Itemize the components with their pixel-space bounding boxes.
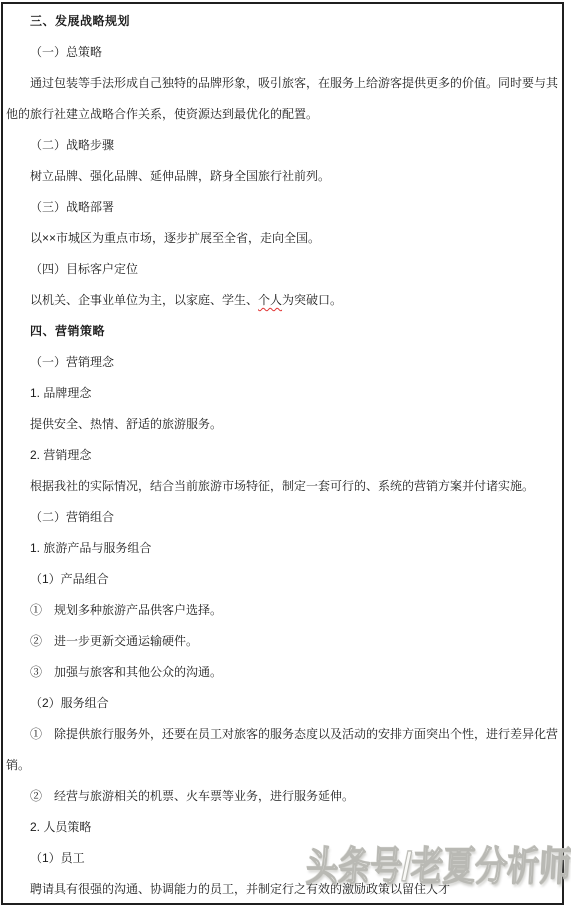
document-body: 三、发展战略规划（一）总策略通过包装等手法形成自己独特的品牌形象，吸引旅客，在服… [6,6,560,905]
paragraph: （一）总策略 [6,37,560,68]
section-heading: 四、营销策略 [6,316,560,347]
paragraph: 以××市城区为重点市场，逐步扩展至全省，走向全国。 [6,223,560,254]
spellcheck-misspelled-word: 个人 [258,293,282,307]
paragraph: 树立品牌、强化品牌、延伸品牌，跻身全国旅行社前列。 [6,161,560,192]
paragraph: 提供安全、热情、舒适的旅游服务。 [6,409,560,440]
section-heading: 三、发展战略规划 [6,6,560,37]
paragraph: 1. 品牌理念 [6,378,560,409]
paragraph: 1. 旅游产品与服务组合 [6,533,560,564]
paragraph: （2）服务组合 [6,688,560,719]
paragraph: （二）战略步骤 [6,130,560,161]
paragraph: ③ 加强与旅客和其他公众的沟通。 [6,657,560,688]
paragraph: （1）员工 [6,843,560,874]
paragraph: 根据我社的实际情况，结合当前旅游市场特征，制定一套可行的、系统的营销方案并付诸实… [6,471,560,502]
paragraph: ② 经营与旅游相关的机票、火车票等业务，进行服务延伸。 [6,781,560,812]
paragraph: （三）战略部署 [6,192,560,223]
paragraph: 以机关、企事业单位为主，以家庭、学生、个人为突破口。 [6,285,560,316]
paragraph: （1）产品组合 [6,564,560,595]
paragraph: ① 规划多种旅游产品供客户选择。 [6,595,560,626]
paragraph: （四）目标客户定位 [6,254,560,285]
paragraph: ① 除提供旅行服务外，还要在员工对旅客的服务态度以及活动的安排方面突出个性，进行… [6,719,560,781]
document-page: 三、发展战略规划（一）总策略通过包装等手法形成自己独特的品牌形象，吸引旅客，在服… [1,2,564,905]
paragraph: 聘请具有很强的沟通、协调能力的员工，并制定行之有效的激励政策以留住人才 [6,874,560,905]
paragraph: 2. 人员策略 [6,812,560,843]
paragraph: 通过包装等手法形成自己独特的品牌形象，吸引旅客，在服务上给游客提供更多的价值。同… [6,68,560,130]
paragraph: （二）营销组合 [6,502,560,533]
paragraph: ② 进一步更新交通运输硬件。 [6,626,560,657]
paragraph: （一）营销理念 [6,347,560,378]
paragraph: 2. 营销理念 [6,440,560,471]
